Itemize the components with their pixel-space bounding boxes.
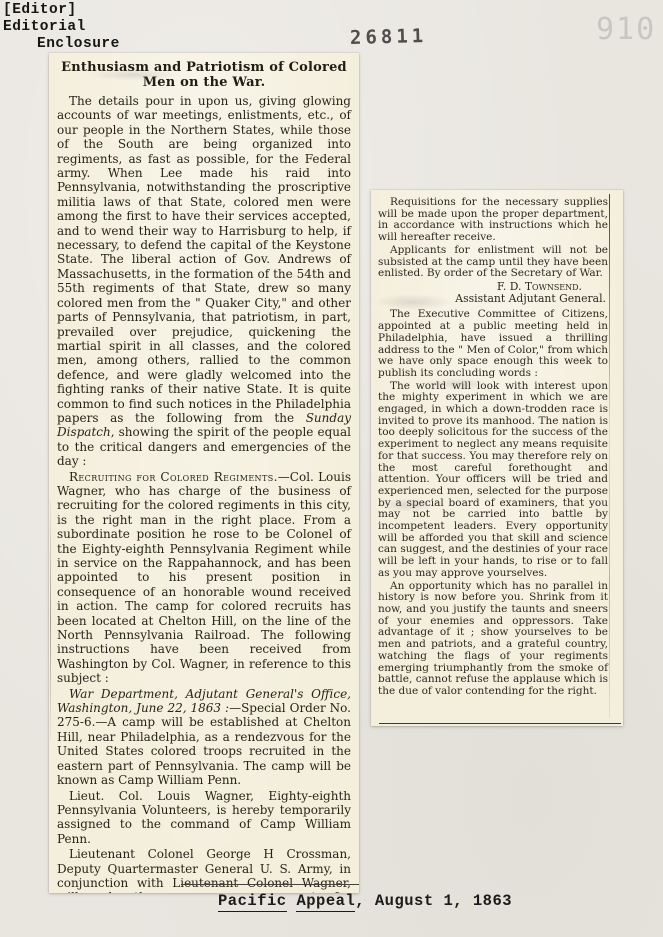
paragraph: The details pour in upon us, giving glow… [57, 94, 351, 469]
clipping-column-1: Enthusiasm and Patriotism of Colored Men… [49, 53, 359, 893]
source-citation: Pacific Appeal, August 1, 1863 [218, 892, 512, 910]
paragraph: An opportunity which has no parallel in … [378, 581, 608, 698]
paragraph: Applicants for enlistment will not be su… [378, 245, 608, 280]
column-1-text: The details pour in upon us, giving glow… [57, 94, 351, 893]
paragraph: Recruiting for Colored Regiments.—Col. L… [57, 470, 351, 686]
paragraph: The Executive Committee of Citizens, app… [378, 309, 608, 379]
column-2-text-top: Requisitions for the necessary supplies … [378, 197, 608, 280]
corner-page-number: 910 [596, 12, 656, 47]
paragraph: Requisitions for the necessary supplies … [378, 197, 608, 244]
column-rule-right [609, 194, 610, 718]
annotation-editor: [Editor] [3, 2, 77, 18]
clipping-column-2: Requisitions for the necessary supplies … [371, 190, 623, 726]
signature-title: Assistant Adjutant General. [378, 293, 608, 306]
headline-line-1: Enthusiasm and Patriotism of Colored [57, 60, 351, 75]
annotation-enclosure: Enclosure [37, 36, 120, 52]
column-rule-left [50, 501, 51, 741]
scanned-page: [Editor] Editorial Enclosure 26811 910 E… [0, 0, 663, 937]
stamp-number: 26811 [350, 25, 428, 49]
paragraph: War Department, Adjutant General's Offic… [57, 687, 351, 788]
citation-date: , August 1, 1863 [355, 892, 512, 910]
paragraph: The world will look with interest upon t… [378, 381, 608, 580]
citation-title-word: Pacific [218, 892, 287, 912]
annotation-editorial: Editorial [3, 19, 86, 35]
paragraph: Lieutenant Colonel George H Crossman, De… [57, 847, 351, 893]
headline-line-2: Men on the War. [57, 75, 351, 90]
citation-title-word: Appeal [296, 892, 355, 912]
column-2-text-bottom: The Executive Committee of Citizens, app… [378, 309, 608, 697]
paragraph: Lieut. Col. Louis Wagner, Eighty-eighth … [57, 789, 351, 847]
bottom-rule [379, 723, 621, 724]
article-headline: Enthusiasm and Patriotism of Colored Men… [57, 60, 351, 90]
bottom-rule [181, 884, 359, 885]
